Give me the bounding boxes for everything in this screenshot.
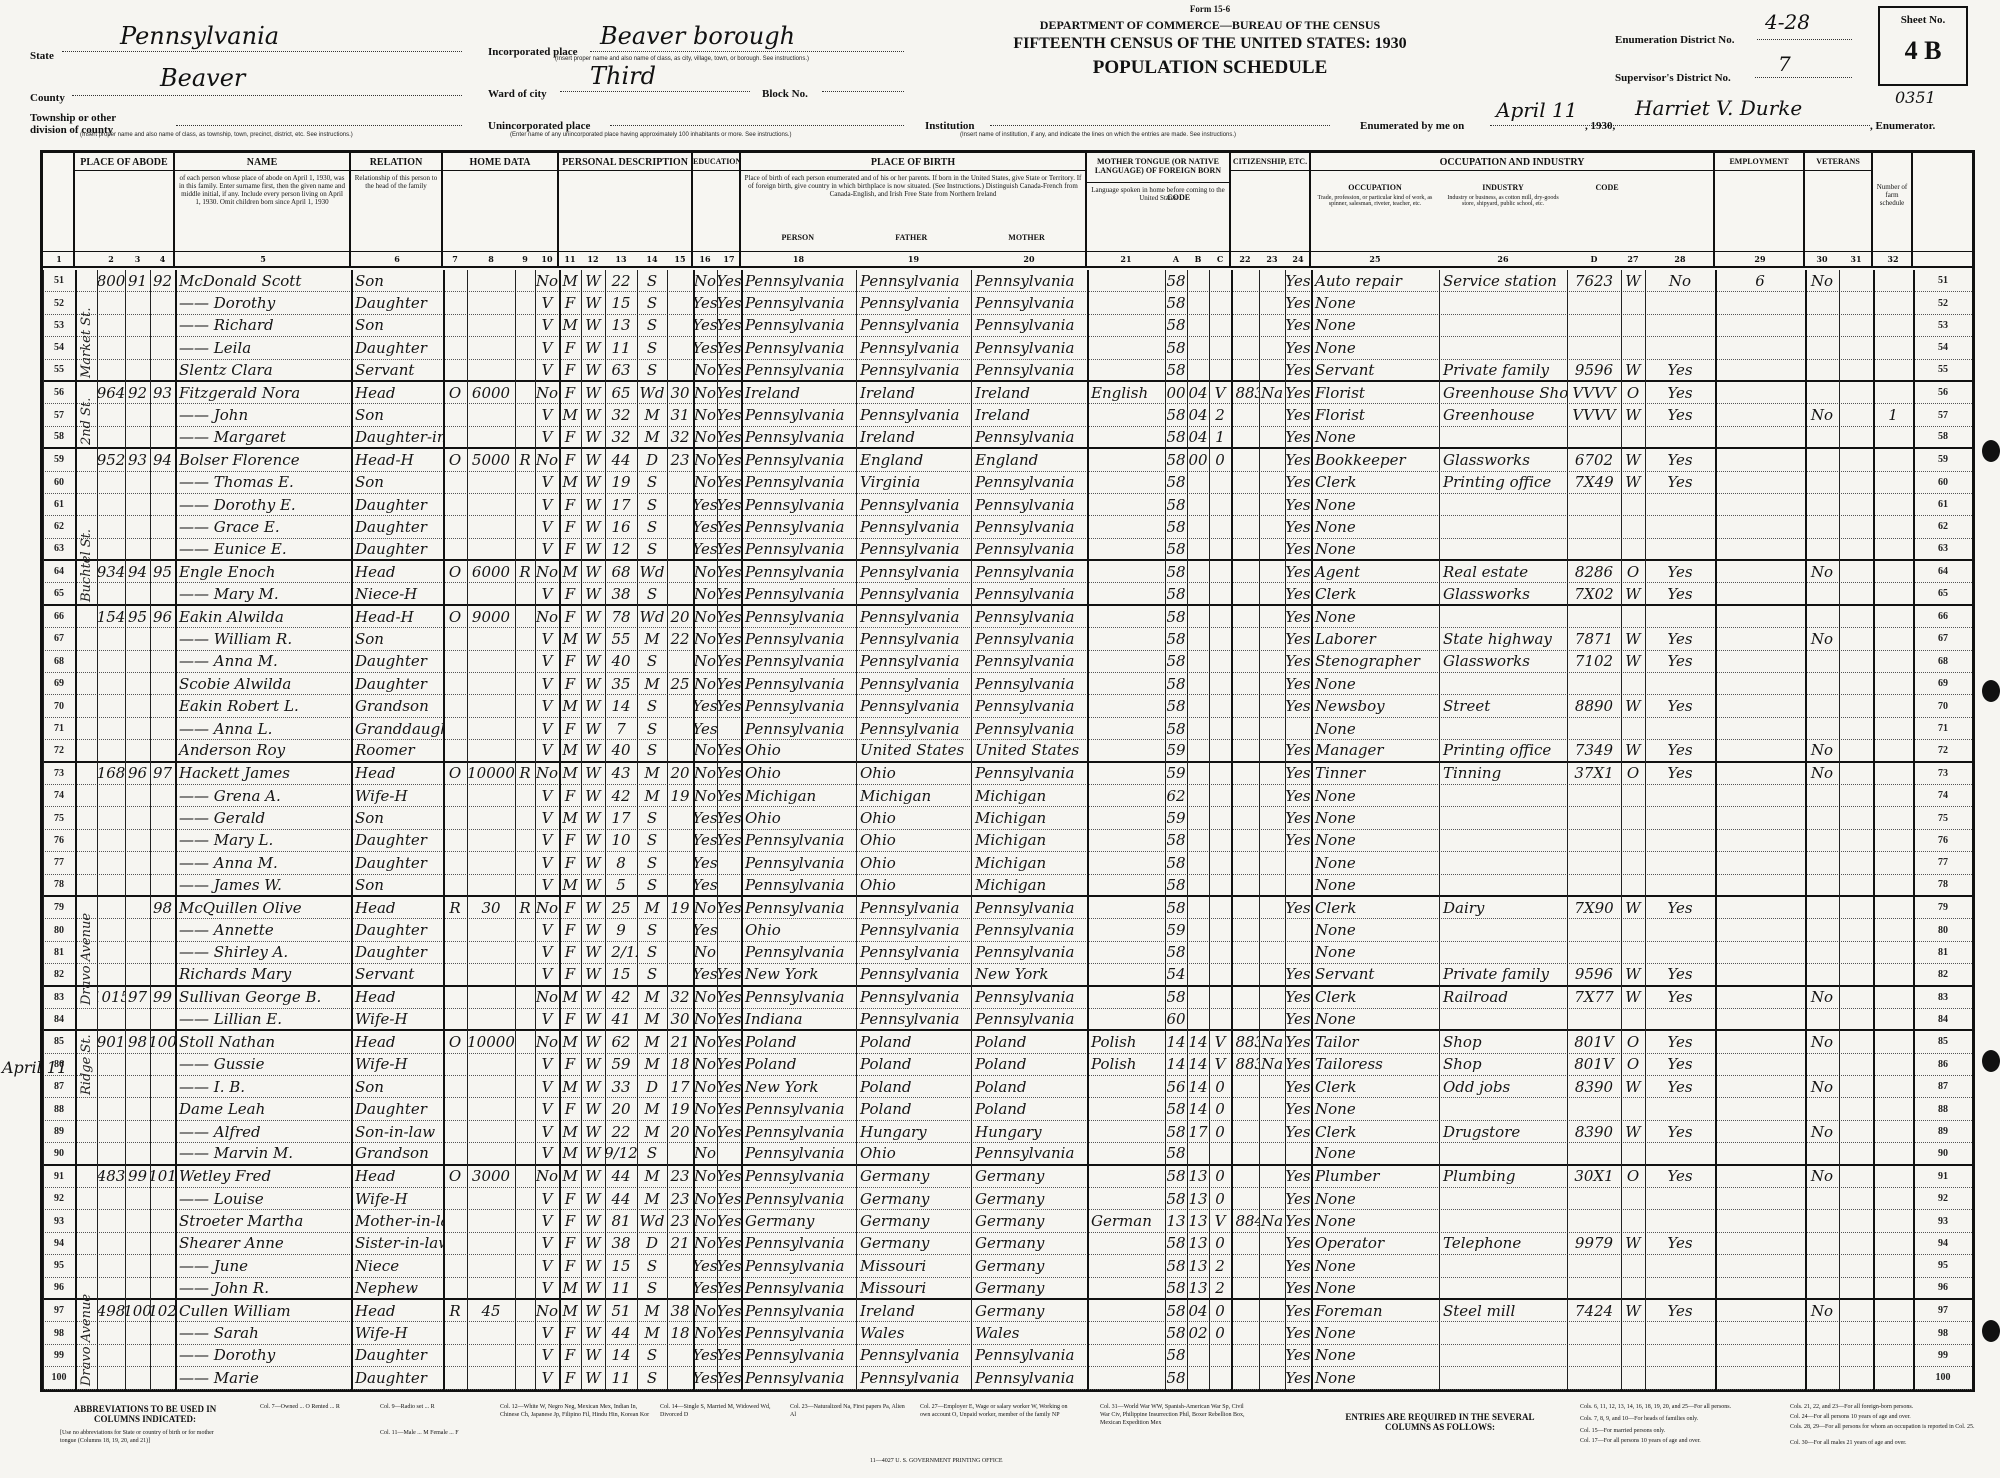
cell-unemp xyxy=(1715,875,1805,895)
cell-name: —— Eunice E. xyxy=(175,539,351,559)
cell-emp: Yes xyxy=(1645,628,1715,649)
cell-family xyxy=(150,919,175,940)
cell-sex: F xyxy=(559,1322,581,1343)
cell-line: 93 xyxy=(43,1210,75,1231)
cell-birth: Pennsylvania xyxy=(741,695,856,716)
cell-unemp xyxy=(1715,292,1805,313)
cell-father: Pennsylvania xyxy=(856,651,971,672)
cell-industry xyxy=(1439,315,1567,336)
cell-industry xyxy=(1439,427,1567,447)
cell-name: —— Louise xyxy=(175,1188,351,1209)
cell-sex: M xyxy=(559,1143,581,1163)
cell-read: Yes xyxy=(717,404,741,425)
cell-tongue xyxy=(1087,830,1165,851)
cell-value xyxy=(467,315,515,336)
state-label: State xyxy=(30,50,54,62)
cell-sex: M xyxy=(559,1031,581,1052)
cell-home xyxy=(443,1367,467,1388)
cell-dwelling xyxy=(125,1188,150,1209)
cell-emp: Yes xyxy=(1645,404,1715,425)
cell-line: 77 xyxy=(43,852,75,873)
cell-natur xyxy=(1259,1367,1285,1388)
cell-unemp xyxy=(1715,404,1805,425)
cell-c xyxy=(1209,785,1231,806)
cell-code xyxy=(1567,807,1621,828)
cell-family xyxy=(150,807,175,828)
cell-home xyxy=(443,539,467,559)
street-name: 2nd St. xyxy=(79,398,94,445)
cell-read: Yes xyxy=(717,472,741,493)
cell-birth: Pennsylvania xyxy=(741,561,856,582)
cell-occupation: None xyxy=(1311,1278,1439,1298)
cell-family: 96 xyxy=(150,606,175,627)
cell-age: 32 xyxy=(605,427,637,447)
cell-war xyxy=(1839,1367,1873,1388)
cell-age-marr xyxy=(667,1367,693,1388)
cell-immig xyxy=(1231,740,1259,760)
cell-dwelling xyxy=(125,1278,150,1298)
cell-age-marr: 22 xyxy=(667,628,693,649)
cell-birth: Pennsylvania xyxy=(741,1166,856,1187)
cell-marital: S xyxy=(637,1278,667,1298)
cell-age-marr xyxy=(667,315,693,336)
cell-age-marr xyxy=(667,1255,693,1276)
cell-farm: V xyxy=(535,695,559,716)
cell-farm: V xyxy=(535,1278,559,1298)
cell-b xyxy=(1187,583,1209,603)
cell-name: —— Gerald xyxy=(175,807,351,828)
column-number: 16 xyxy=(693,254,717,264)
cell-line: 91 xyxy=(1913,1166,1973,1187)
cell-family xyxy=(150,740,175,760)
cell-class: W xyxy=(1621,897,1645,918)
cell-name: —— Gussie xyxy=(175,1054,351,1075)
cell-house: 952 xyxy=(97,449,125,470)
cell-house: 168 xyxy=(97,763,125,784)
cell-race: W xyxy=(581,1166,605,1187)
cell-race: W xyxy=(581,830,605,851)
cell-war xyxy=(1839,875,1873,895)
cell-natur xyxy=(1259,964,1285,984)
cell-line: 97 xyxy=(43,1300,75,1321)
institution-label: Institution xyxy=(925,120,975,132)
cell-war xyxy=(1839,718,1873,739)
cell-industry: Railroad xyxy=(1439,987,1567,1008)
cell-age-marr xyxy=(667,360,693,380)
cell-occupation: Manager xyxy=(1311,740,1439,760)
cell-class: W xyxy=(1621,1076,1645,1097)
cell-farm-sched xyxy=(1873,807,1913,828)
cell-relation: Head xyxy=(351,987,443,1008)
cell-home xyxy=(443,494,467,515)
cell-unemp xyxy=(1715,628,1805,649)
cell-race: W xyxy=(581,807,605,828)
cell-father: Ohio xyxy=(856,852,971,873)
cell-english: Yes xyxy=(1285,360,1311,380)
cell-radio xyxy=(515,875,535,895)
cell-family xyxy=(150,1278,175,1298)
cell-code xyxy=(1567,1098,1621,1119)
cell-relation: Grandson xyxy=(351,695,443,716)
cell-name: —— Dorothy E. xyxy=(175,494,351,515)
cell-value: 5000 xyxy=(467,449,515,470)
cell-value xyxy=(467,270,515,291)
cell-dwelling xyxy=(125,516,150,537)
cell-vet xyxy=(1805,427,1839,447)
cell-english: Yes xyxy=(1285,337,1311,358)
cell-english xyxy=(1285,1143,1311,1163)
cell-relation: Daughter xyxy=(351,292,443,313)
cell-code xyxy=(1567,830,1621,851)
cell-race: W xyxy=(581,718,605,739)
column-number: B xyxy=(1187,254,1209,264)
cell-code: 9979 xyxy=(1567,1233,1621,1254)
cell-name: Fitzgerald Nora xyxy=(175,382,351,403)
cell-age: 43 xyxy=(605,763,637,784)
cell-age: 19 xyxy=(605,472,637,493)
cell-c xyxy=(1209,964,1231,984)
cell-line: 65 xyxy=(43,583,75,603)
cell-a: 58 xyxy=(1165,897,1187,918)
unincorporated-label: Unincorporated place xyxy=(488,120,590,132)
column-number: 23 xyxy=(1259,254,1285,264)
cell-value: 10000 xyxy=(467,763,515,784)
cell-value xyxy=(467,695,515,716)
cell-family xyxy=(150,516,175,537)
cell-home xyxy=(443,292,467,313)
cell-marital: M xyxy=(637,785,667,806)
cell-c xyxy=(1209,740,1231,760)
cell-unemp xyxy=(1715,1255,1805,1276)
cell-natur xyxy=(1259,1143,1285,1163)
cell-a: 58 xyxy=(1165,1098,1187,1119)
cell-school: No xyxy=(693,651,717,672)
cell-b: 13 xyxy=(1187,1166,1209,1187)
cell-tongue xyxy=(1087,740,1165,760)
cell-relation: Daughter xyxy=(351,651,443,672)
cell-sex: M xyxy=(559,1300,581,1321)
cell-dwelling xyxy=(125,404,150,425)
cell-father: Wales xyxy=(856,1322,971,1343)
cell-house xyxy=(97,516,125,537)
cell-english: Yes xyxy=(1285,404,1311,425)
cell-value: 9000 xyxy=(467,606,515,627)
cell-code: 8286 xyxy=(1567,561,1621,582)
cell-farm-sched xyxy=(1873,292,1913,313)
cell-birth: Pennsylvania xyxy=(741,449,856,470)
cell-occupation: None xyxy=(1311,852,1439,873)
cell-age-marr: 20 xyxy=(667,1121,693,1142)
cell-unemp xyxy=(1715,1188,1805,1209)
cell-vet xyxy=(1805,942,1839,963)
cell-unemp xyxy=(1715,807,1805,828)
cell-tongue xyxy=(1087,427,1165,447)
cell-class xyxy=(1621,516,1645,537)
cell-class xyxy=(1621,1009,1645,1029)
cell-family xyxy=(150,1322,175,1343)
cell-english: Yes xyxy=(1285,1300,1311,1321)
cell-mother: Hungary xyxy=(971,1121,1087,1142)
cell-home xyxy=(443,740,467,760)
cell-radio xyxy=(515,404,535,425)
binding-hole xyxy=(1982,1050,2000,1072)
cell-age: 44 xyxy=(605,1188,637,1209)
cell-house: 498 xyxy=(97,1300,125,1321)
cell-dwelling xyxy=(125,785,150,806)
cell-english: Yes xyxy=(1285,427,1311,447)
cell-home: R xyxy=(443,1300,467,1321)
cell-relation: Son xyxy=(351,1076,443,1097)
table-row: 97498100102Cullen WilliamHeadR45NoMW51M3… xyxy=(43,1300,1972,1322)
cell-age-marr xyxy=(667,583,693,603)
cell-farm: V xyxy=(535,337,559,358)
table-row: 8310159799Sullivan George B.HeadNoMW42M3… xyxy=(43,987,1972,1009)
cell-dwelling xyxy=(125,292,150,313)
cell-war xyxy=(1839,1031,1873,1052)
cell-read: Yes xyxy=(717,360,741,380)
cell-english: Yes xyxy=(1285,583,1311,603)
cell-vet: No xyxy=(1805,763,1839,784)
cell-father: Pennsylvania xyxy=(856,606,971,627)
cell-unemp xyxy=(1715,785,1805,806)
cell-home xyxy=(443,1255,467,1276)
cell-natur xyxy=(1259,539,1285,559)
cell-age-marr: 30 xyxy=(667,1009,693,1029)
cell-read: Yes xyxy=(717,427,741,447)
cell-b xyxy=(1187,472,1209,493)
cell-race: W xyxy=(581,360,605,380)
cell-family xyxy=(150,852,175,873)
cell-age-marr: 38 xyxy=(667,1300,693,1321)
cell-father: Pennsylvania xyxy=(856,718,971,739)
cell-c xyxy=(1209,807,1231,828)
cell-radio xyxy=(515,1345,535,1366)
cell-dwelling xyxy=(125,695,150,716)
cell-farm-sched xyxy=(1873,1188,1913,1209)
cell-emp xyxy=(1645,919,1715,940)
printer-imprint: 11—4027 U. S. GOVERNMENT PRINTING OFFICE xyxy=(870,1458,1003,1464)
cell-marital: S xyxy=(637,494,667,515)
cell-code: 6702 xyxy=(1567,449,1621,470)
cell-house: 154 xyxy=(97,606,125,627)
cell-name: —— Anna L. xyxy=(175,718,351,739)
cell-family xyxy=(150,539,175,559)
cell-vet xyxy=(1805,1009,1839,1029)
cell-marital: S xyxy=(637,651,667,672)
cell-value xyxy=(467,852,515,873)
cell-vet: No xyxy=(1805,1076,1839,1097)
cell-dwelling: 98 xyxy=(125,1031,150,1052)
cell-industry: Odd jobs xyxy=(1439,1076,1567,1097)
cell-age: 8 xyxy=(605,852,637,873)
cell-emp xyxy=(1645,1098,1715,1119)
cell-tongue xyxy=(1087,1009,1165,1029)
cell-c: 0 xyxy=(1209,449,1231,470)
cell-dwelling xyxy=(125,875,150,895)
cell-occupation: Clerk xyxy=(1311,1121,1439,1142)
cell-family: 98 xyxy=(150,897,175,918)
cell-occupation: None xyxy=(1311,516,1439,537)
cell-home xyxy=(443,404,467,425)
cell-immig xyxy=(1231,1143,1259,1163)
cell-line: 68 xyxy=(43,651,75,672)
cell-race: W xyxy=(581,1054,605,1075)
cell-sex: F xyxy=(559,516,581,537)
cell-farm-sched xyxy=(1873,1143,1913,1163)
cell-line: 76 xyxy=(43,830,75,851)
cell-dwelling: 100 xyxy=(125,1300,150,1321)
cell-natur xyxy=(1259,628,1285,649)
cell-english: Yes xyxy=(1285,1121,1311,1142)
cell-industry: Real estate xyxy=(1439,561,1567,582)
cell-emp xyxy=(1645,315,1715,336)
cell-father: Michigan xyxy=(856,785,971,806)
cell-vet: No xyxy=(1805,1121,1839,1142)
cell-line: 76 xyxy=(1913,830,1973,851)
cell-b: 17 xyxy=(1187,1121,1209,1142)
cell-value xyxy=(467,360,515,380)
cell-farm: No xyxy=(535,987,559,1008)
cell-father: Pennsylvania xyxy=(856,315,971,336)
cell-farm: No xyxy=(535,763,559,784)
cell-home xyxy=(443,919,467,940)
column-number: 30 xyxy=(1805,254,1839,264)
cell-father: Poland xyxy=(856,1031,971,1052)
cell-age: 15 xyxy=(605,1255,637,1276)
column-number: C xyxy=(1209,254,1231,264)
cell-war xyxy=(1839,919,1873,940)
table-row: 68—— Anna M.DaughterVFW40SNoYesPennsylva… xyxy=(43,651,1972,673)
cell-unemp xyxy=(1715,1143,1805,1163)
cell-father: Ireland xyxy=(856,1300,971,1321)
cell-a: 58 xyxy=(1165,1233,1187,1254)
cell-code: VVVV xyxy=(1567,404,1621,425)
table-row: 55Slentz ClaraServantVFW63SNoYesPennsylv… xyxy=(43,360,1972,382)
cell-name: Engle Enoch xyxy=(175,561,351,582)
cell-house xyxy=(97,1233,125,1254)
cell-sex: F xyxy=(559,830,581,851)
cell-emp: Yes xyxy=(1645,987,1715,1008)
cell-farm-sched xyxy=(1873,1054,1913,1075)
cell-farm: No xyxy=(535,449,559,470)
cell-unemp xyxy=(1715,1098,1805,1119)
cell-age: 14 xyxy=(605,695,637,716)
cell-house xyxy=(97,1345,125,1366)
cell-natur xyxy=(1259,516,1285,537)
cell-code: 7623 xyxy=(1567,270,1621,291)
cell-birth: Pennsylvania xyxy=(741,673,856,694)
cell-relation: Son xyxy=(351,404,443,425)
cell-immig: 1883 xyxy=(1231,1031,1259,1052)
block-label: Block No. xyxy=(762,88,808,100)
sheet-label: Sheet No. xyxy=(1880,14,1966,26)
cell-line: 51 xyxy=(43,270,75,291)
cell-emp xyxy=(1645,1188,1715,1209)
cell-house xyxy=(97,740,125,760)
cell-occupation: None xyxy=(1311,1143,1439,1163)
cell-age: 38 xyxy=(605,1233,637,1254)
institution-note: (Insert name of institution, if any, and… xyxy=(960,132,1236,138)
cell-name: Hackett James xyxy=(175,763,351,784)
cell-birth: Pennsylvania xyxy=(741,1322,856,1343)
cell-birth: Pennsylvania xyxy=(741,583,856,603)
cell-farm-sched xyxy=(1873,472,1913,493)
cell-home xyxy=(443,695,467,716)
cell-race: W xyxy=(581,1076,605,1097)
cell-race: W xyxy=(581,1143,605,1163)
cell-mother: Pennsylvania xyxy=(971,718,1087,739)
cell-father: Germany xyxy=(856,1233,971,1254)
cell-english: Yes xyxy=(1285,830,1311,851)
cell-a: 59 xyxy=(1165,740,1187,760)
cell-dwelling xyxy=(125,1098,150,1119)
cell-relation: Sister-in-law xyxy=(351,1233,443,1254)
cell-industry: Glassworks xyxy=(1439,651,1567,672)
cell-age-marr xyxy=(667,852,693,873)
cell-sex: M xyxy=(559,1278,581,1298)
cell-code: 9596 xyxy=(1567,964,1621,984)
cell-occupation: Florist xyxy=(1311,404,1439,425)
cell-line: 82 xyxy=(1913,964,1973,984)
cell-home xyxy=(443,987,467,1008)
table-row: 92—— LouiseWife-HVFW44M23NoYesPennsylvan… xyxy=(43,1188,1972,1210)
cell-english: Yes xyxy=(1285,382,1311,403)
cell-vet xyxy=(1805,673,1839,694)
cell-immig: 1883 xyxy=(1231,382,1259,403)
cell-b xyxy=(1187,292,1209,313)
cell-house xyxy=(97,292,125,313)
cell-immig xyxy=(1231,427,1259,447)
cell-age-marr xyxy=(667,919,693,940)
cell-radio xyxy=(515,270,535,291)
cell-class xyxy=(1621,539,1645,559)
column-number: 5 xyxy=(175,254,351,264)
cell-english: Yes xyxy=(1285,1210,1311,1231)
cell-unemp xyxy=(1715,382,1805,403)
cell-value xyxy=(467,830,515,851)
cell-mother: Pennsylvania xyxy=(971,292,1087,313)
cell-natur xyxy=(1259,494,1285,515)
cell-father: Germany xyxy=(856,1188,971,1209)
enumerator-label: , Enumerator. xyxy=(1870,120,1935,132)
cell-natur xyxy=(1259,1278,1285,1298)
cell-b: 13 xyxy=(1187,1210,1209,1231)
cell-name: —— Lillian E. xyxy=(175,1009,351,1029)
cell-father: Hungary xyxy=(856,1121,971,1142)
cell-tongue xyxy=(1087,516,1165,537)
cell-value xyxy=(467,1098,515,1119)
cell-birth: Pennsylvania xyxy=(741,427,856,447)
cell-school: Yes xyxy=(693,1367,717,1388)
cell-code xyxy=(1567,427,1621,447)
cell-immig xyxy=(1231,1121,1259,1142)
cell-immig xyxy=(1231,539,1259,559)
cell-occupation: None xyxy=(1311,427,1439,447)
cell-emp: No xyxy=(1645,270,1715,291)
cell-read: Yes xyxy=(717,1210,741,1231)
cell-tongue xyxy=(1087,315,1165,336)
cell-birth: Pennsylvania xyxy=(741,987,856,1008)
cell-unemp xyxy=(1715,1367,1805,1388)
column-number: 31 xyxy=(1839,254,1873,264)
cell-immig xyxy=(1231,315,1259,336)
cell-vet xyxy=(1805,919,1839,940)
cell-emp xyxy=(1645,830,1715,851)
cell-race: W xyxy=(581,1009,605,1029)
cell-line: 68 xyxy=(1913,651,1973,672)
table-row: 81—— Shirley A.DaughterVFW4 2/12SNoPenns… xyxy=(43,942,1972,964)
cell-age: 81 xyxy=(605,1210,637,1231)
